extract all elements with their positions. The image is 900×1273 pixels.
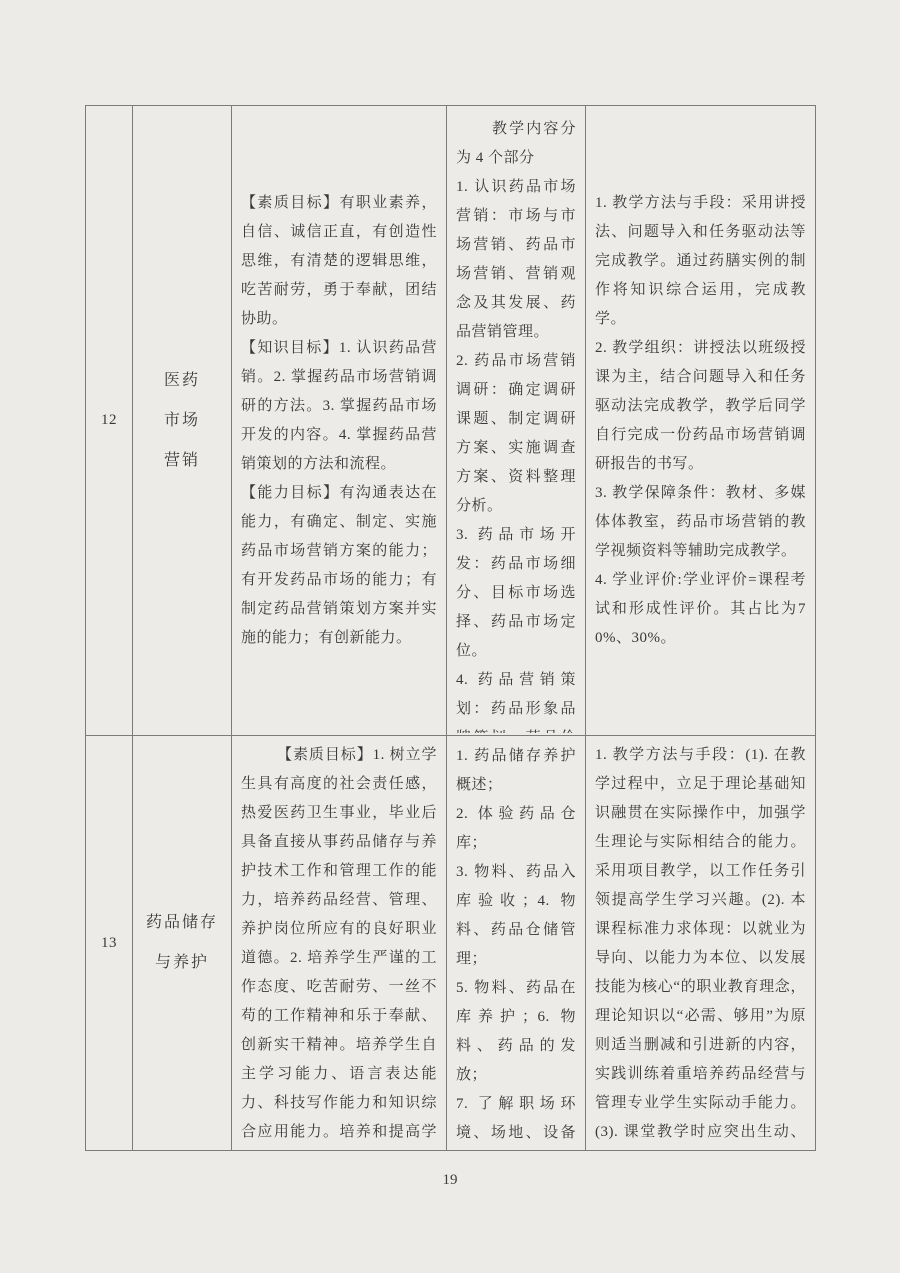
content-item: 7. 了解职场环境、场地、设备要求及相关管理规程； [456, 1090, 576, 1150]
teaching-content-cell: 教学内容分为 4 个部分 1. 认识药品市场营销：市场与市场营销、药品市场营销、… [447, 106, 586, 736]
content-item: 3. 物料、药品入库验收；4. 物料、药品仓储管理； [456, 858, 576, 974]
row-number-cell: 12 [86, 106, 133, 736]
content-item: 2. 药品市场营销调研：确定调研课题、制定调研方案、实施调查方案、资料整理分析。 [456, 347, 576, 521]
objectives-paragraph: 【素质目标】有职业素养，自信、诚信正直，有创造性思维，有清楚的逻辑思维，吃苦耐劳… [241, 189, 437, 334]
table-row-13: 13 药品储存 与养护 【素质目标】1. 树立学生具有高度的社会责任感，热爱医药… [86, 736, 816, 1151]
course-name-cell: 医药 市场 营销 [133, 106, 232, 736]
table-row-12: 12 医药 市场 营销 【素质目标】有职业素养，自信、诚信正直，有创造性思维，有… [86, 106, 816, 736]
methods-paragraph: 1. 教学方法与手段：(1). 在教学过程中，立足于理论基础知识融贯在实际操作中… [595, 741, 806, 1149]
methods-paragraph: 1. 教学方法与手段：采用讲授法、问题导入和任务驱动法等完成教学。通过药膳实例的… [595, 189, 806, 334]
content-item: 1. 药品储存养护概述； [456, 742, 576, 800]
methods-paragraph: 2. 教学组织：讲授法以班级授课为主，结合问题导入和任务驱动法完成教学，教学后同… [595, 334, 806, 479]
course-name-cell: 药品储存 与养护 [133, 736, 232, 1151]
course-name-line: 营销 [133, 441, 231, 481]
objectives-paragraph: 【素质目标】1. 树立学生具有高度的社会责任感，热爱医药卫生事业，毕业后具备直接… [241, 741, 437, 1149]
course-syllabus-table: 12 医药 市场 营销 【素质目标】有职业素养，自信、诚信正直，有创造性思维，有… [85, 105, 816, 1151]
document-page: 12 医药 市场 营销 【素质目标】有职业素养，自信、诚信正直，有创造性思维，有… [0, 0, 900, 1273]
content-item: 4. 药品营销策划：药品形象品牌策划、药品价格方案策划、药品营销渠道策划、药品促… [456, 666, 576, 733]
course-name-line: 与养护 [133, 943, 231, 983]
teaching-content-cell: 1. 药品储存养护概述； 2. 体验药品仓库； 3. 物料、药品入库验收；4. … [447, 736, 586, 1151]
course-name-line: 市场 [133, 401, 231, 441]
row-number: 12 [101, 412, 117, 428]
row-number-cell: 13 [86, 736, 133, 1151]
teaching-methods-cell: 1. 教学方法与手段：(1). 在教学过程中，立足于理论基础知识融贯在实际操作中… [586, 736, 816, 1151]
course-name-line: 药品储存 [133, 903, 231, 943]
content-intro: 教学内容分为 4 个部分 [456, 115, 576, 173]
course-name-line: 医药 [133, 361, 231, 401]
content-item: 1. 认识药品市场营销：市场与市场营销、药品市场营销、营销观念及其发展、药品营销… [456, 173, 576, 347]
objectives-paragraph: 【能力目标】有沟通表达在能力，有确定、制定、实施药品市场营销方案的能力；有开发药… [241, 479, 437, 653]
objectives-paragraph: 【知识目标】1. 认识药品营销。2. 掌握药品市场营销调研的方法。3. 掌握药品… [241, 334, 437, 479]
methods-paragraph: 4. 学业评价:学业评价=课程考试和形成性评价。其占比为70%、30%。 [595, 566, 806, 653]
objectives-cell: 【素质目标】有职业素养，自信、诚信正直，有创造性思维，有清楚的逻辑思维，吃苦耐劳… [232, 106, 447, 736]
objectives-cell: 【素质目标】1. 树立学生具有高度的社会责任感，热爱医药卫生事业，毕业后具备直接… [232, 736, 447, 1151]
page-number: 19 [0, 1172, 900, 1189]
teaching-methods-cell: 1. 教学方法与手段：采用讲授法、问题导入和任务驱动法等完成教学。通过药膳实例的… [586, 106, 816, 736]
content-item: 2. 体验药品仓库； [456, 800, 576, 858]
methods-paragraph: 3. 教学保障条件：教材、多媒体体教室，药品市场营销的教学视频资料等辅助完成教学… [595, 479, 806, 566]
content-item: 5. 物料、药品在库养护；6. 物料、药品的发放； [456, 974, 576, 1090]
row-number: 13 [101, 935, 117, 951]
content-item: 3. 药品市场开发：药品市场细分、目标市场选择、药品市场定位。 [456, 521, 576, 666]
